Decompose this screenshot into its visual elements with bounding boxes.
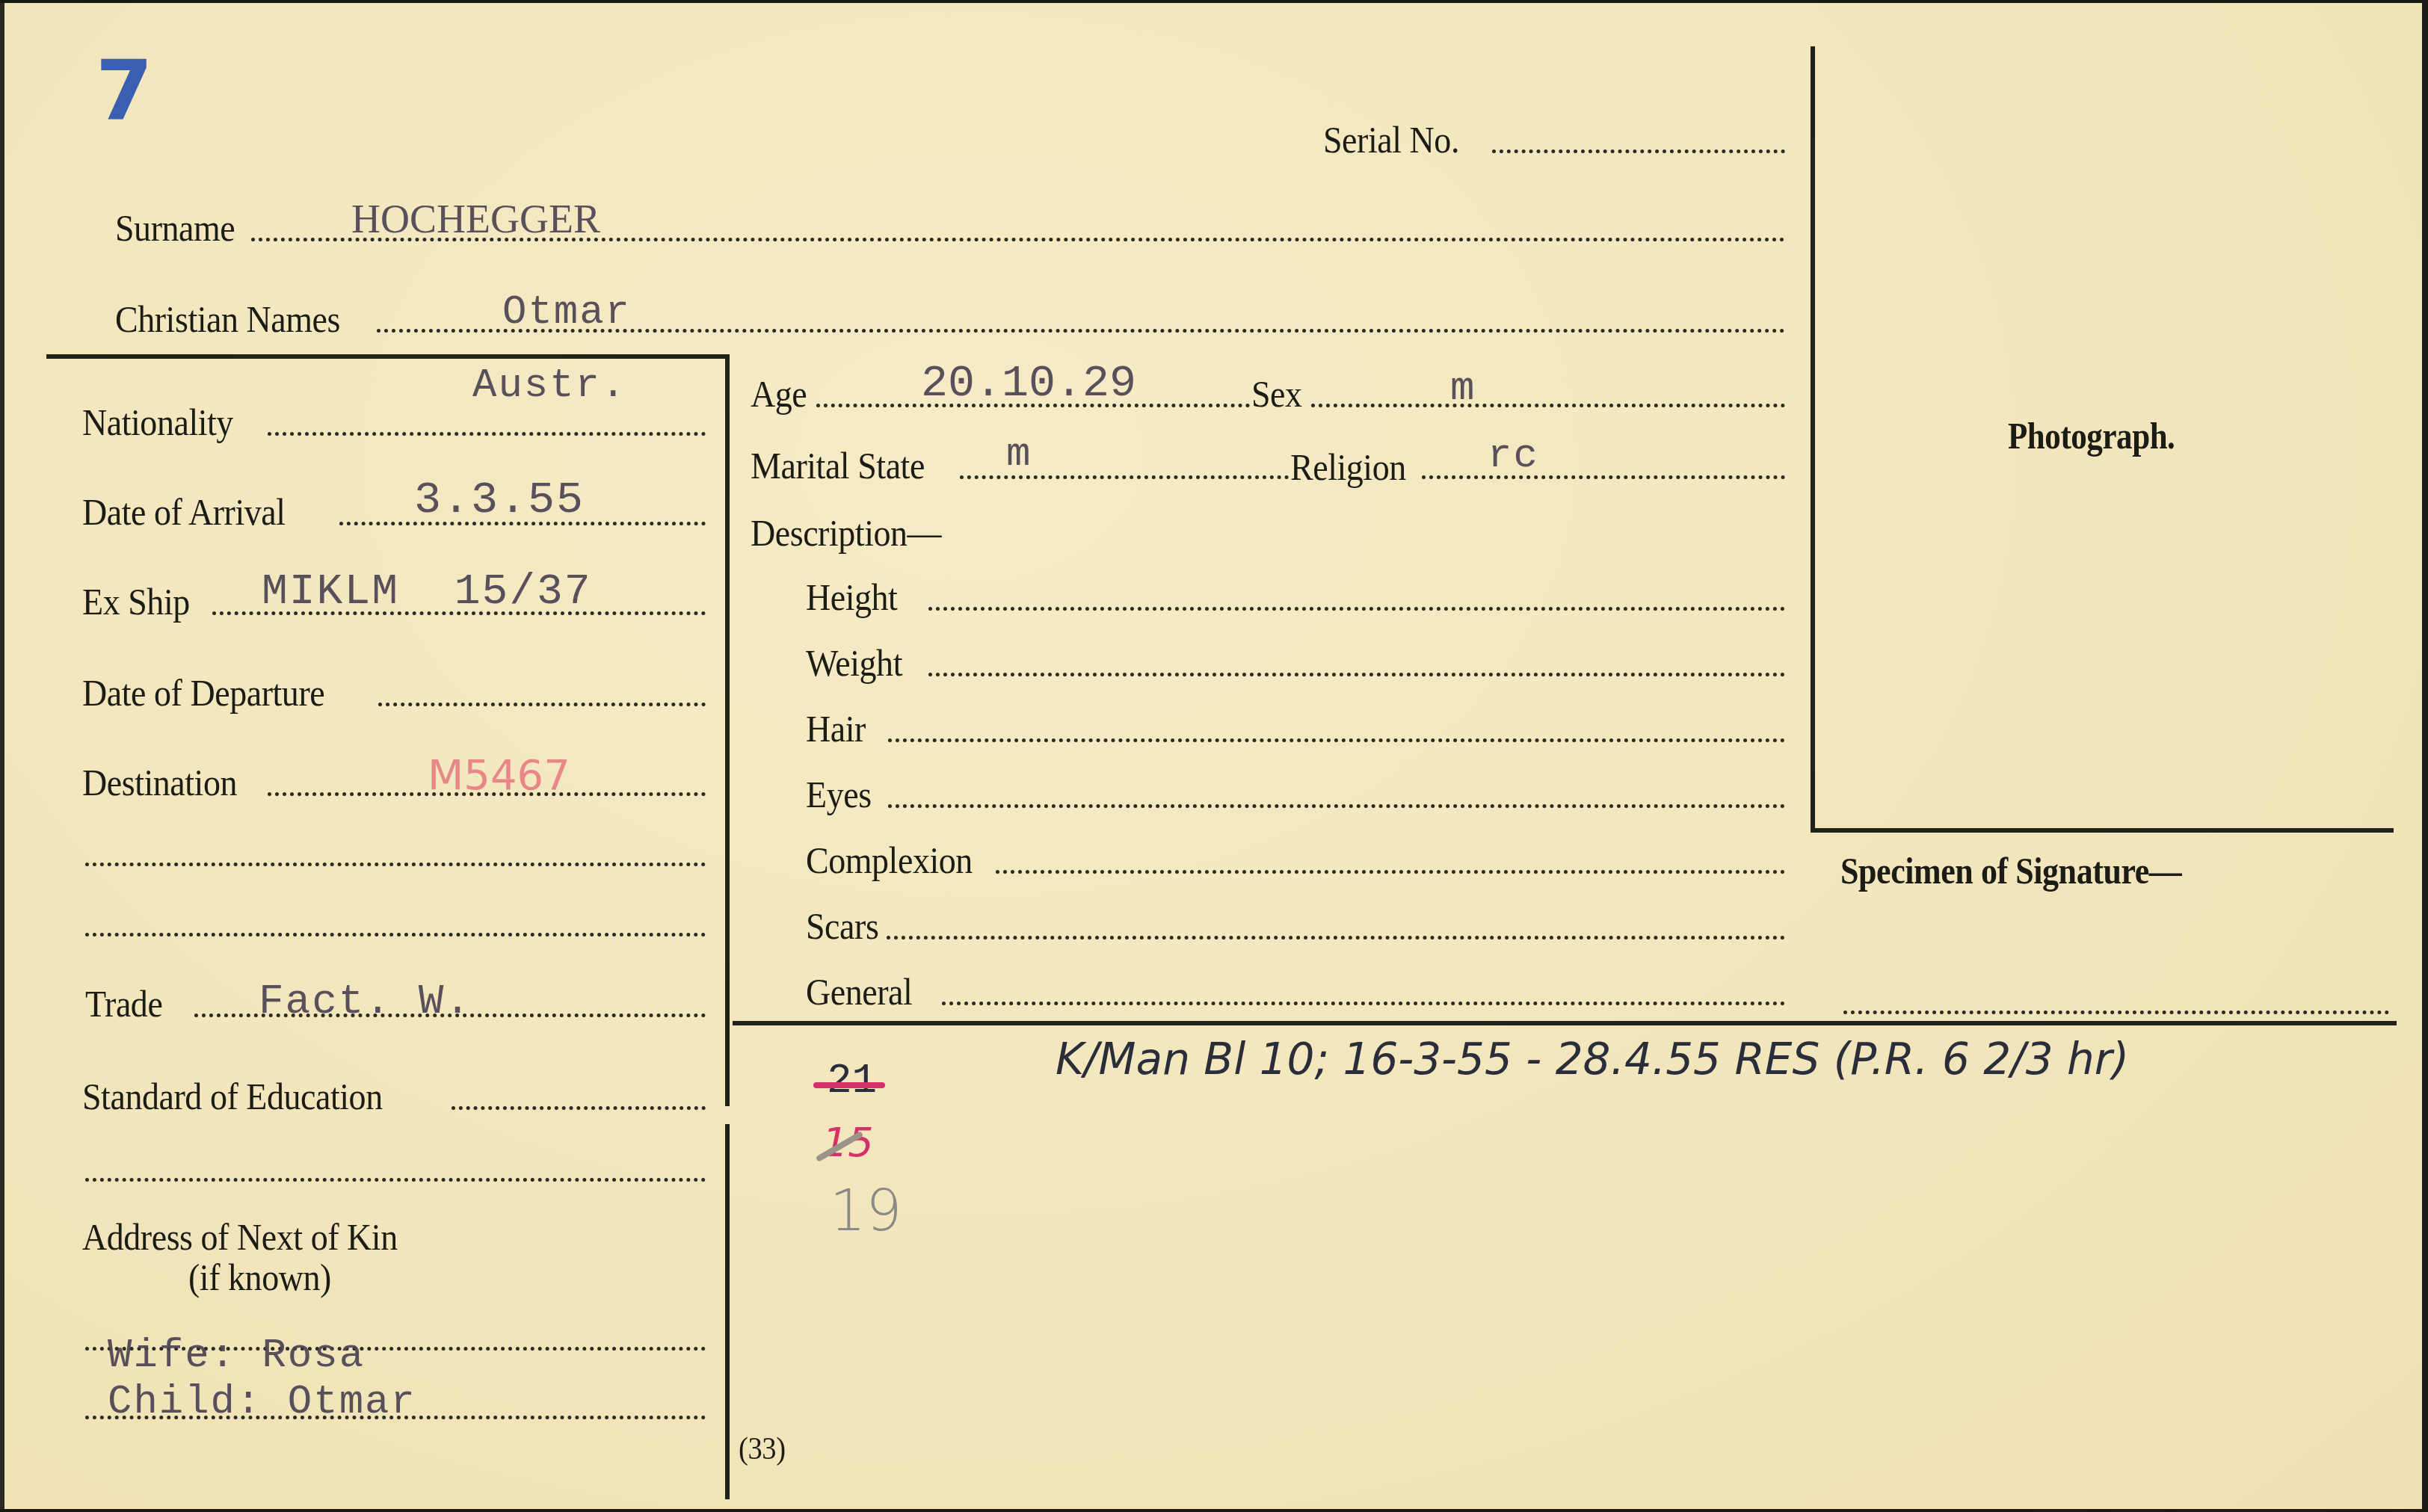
serial-no-field[interactable] bbox=[1492, 149, 1785, 153]
description-label: Description— bbox=[751, 514, 941, 552]
photo-box-bottom-rule bbox=[1811, 828, 2394, 833]
christian-names-value: Otmar bbox=[502, 293, 631, 333]
corner-number: 7 bbox=[96, 49, 153, 132]
sex-value: m bbox=[1450, 369, 1476, 410]
sex-label: Sex bbox=[1251, 375, 1302, 413]
marital-state-value: m bbox=[1006, 435, 1032, 475]
left-box-top-rule bbox=[46, 354, 730, 359]
destination-label: Destination bbox=[82, 764, 237, 801]
photograph-label: Photograph. bbox=[2008, 417, 2175, 454]
nationality-field[interactable] bbox=[268, 432, 706, 436]
weight-label: Weight bbox=[806, 644, 902, 682]
photo-box-left-rule bbox=[1811, 46, 1815, 831]
complexion-field[interactable] bbox=[996, 870, 1785, 874]
religion-label: Religion bbox=[1290, 448, 1406, 486]
date-of-arrival-value: 3.3.55 bbox=[414, 478, 585, 523]
signature-field[interactable] bbox=[1843, 1010, 2389, 1014]
height-label: Height bbox=[806, 578, 897, 616]
left-column-divider-upper bbox=[725, 354, 730, 1106]
trade-value: Fact. W. bbox=[259, 981, 472, 1022]
destination-extra-line-1[interactable] bbox=[85, 863, 706, 866]
handwritten-note: K/Man Bl 10; 16-3-55 - 28.4.55 RES (P.R.… bbox=[1056, 1037, 2129, 1081]
next-of-kin-sublabel: (if known) bbox=[188, 1259, 331, 1296]
scars-field[interactable] bbox=[887, 936, 1785, 939]
note-number-3: 19 bbox=[830, 1182, 902, 1239]
strike-line-1 bbox=[813, 1082, 885, 1088]
date-of-departure-label: Date of Departure bbox=[82, 674, 324, 712]
eyes-label: Eyes bbox=[806, 776, 872, 813]
eyes-field[interactable] bbox=[888, 804, 1785, 808]
sex-field[interactable] bbox=[1311, 404, 1785, 407]
destination-annotation: M5467 bbox=[428, 755, 570, 797]
marital-state-label: Marital State bbox=[751, 447, 925, 484]
hair-field[interactable] bbox=[888, 738, 1785, 742]
notes-top-rule bbox=[733, 1021, 2397, 1025]
serial-no-label: Serial No. bbox=[1323, 121, 1459, 158]
date-of-departure-field[interactable] bbox=[378, 703, 706, 706]
registration-card: 7 Serial No. Surname HOCHEGGER Christian… bbox=[0, 3, 2422, 1509]
ex-ship-value: MIKLM 15/37 bbox=[262, 571, 592, 614]
next-of-kin-value-2: Child: Otmar bbox=[108, 1383, 416, 1423]
standard-of-education-extra-line[interactable] bbox=[85, 1178, 706, 1182]
trade-label: Trade bbox=[85, 985, 162, 1022]
signature-label: Specimen of Signature— bbox=[1840, 852, 2181, 889]
next-of-kin-label: Address of Next of Kin bbox=[82, 1218, 398, 1256]
complexion-label: Complexion bbox=[806, 842, 973, 879]
christian-names-label: Christian Names bbox=[115, 300, 340, 338]
left-column-divider-lower bbox=[725, 1124, 730, 1499]
form-number: (33) bbox=[739, 1434, 786, 1465]
note-number-1: 21 bbox=[827, 1060, 877, 1102]
standard-of-education-field[interactable] bbox=[452, 1106, 706, 1110]
weight-field[interactable] bbox=[928, 673, 1785, 676]
standard-of-education-label: Standard of Education bbox=[82, 1078, 383, 1115]
date-of-arrival-label: Date of Arrival bbox=[82, 493, 286, 531]
nationality-label: Nationality bbox=[82, 404, 233, 441]
nationality-value: Austr. bbox=[472, 366, 626, 407]
height-field[interactable] bbox=[928, 607, 1785, 611]
ex-ship-label: Ex Ship bbox=[82, 583, 190, 620]
next-of-kin-value-1: Wife: Rosa bbox=[108, 1336, 365, 1377]
hair-label: Hair bbox=[806, 710, 866, 747]
surname-label: Surname bbox=[115, 209, 235, 247]
general-label: General bbox=[806, 973, 912, 1010]
age-value: 20.10.29 bbox=[921, 362, 1136, 407]
age-label: Age bbox=[751, 375, 807, 413]
scars-label: Scars bbox=[806, 907, 878, 945]
destination-extra-line-2[interactable] bbox=[85, 933, 706, 936]
religion-value: rc bbox=[1488, 436, 1539, 477]
general-field[interactable] bbox=[942, 1002, 1785, 1005]
religion-field[interactable] bbox=[1422, 475, 1785, 479]
surname-value: HOCHEGGER bbox=[351, 199, 600, 239]
